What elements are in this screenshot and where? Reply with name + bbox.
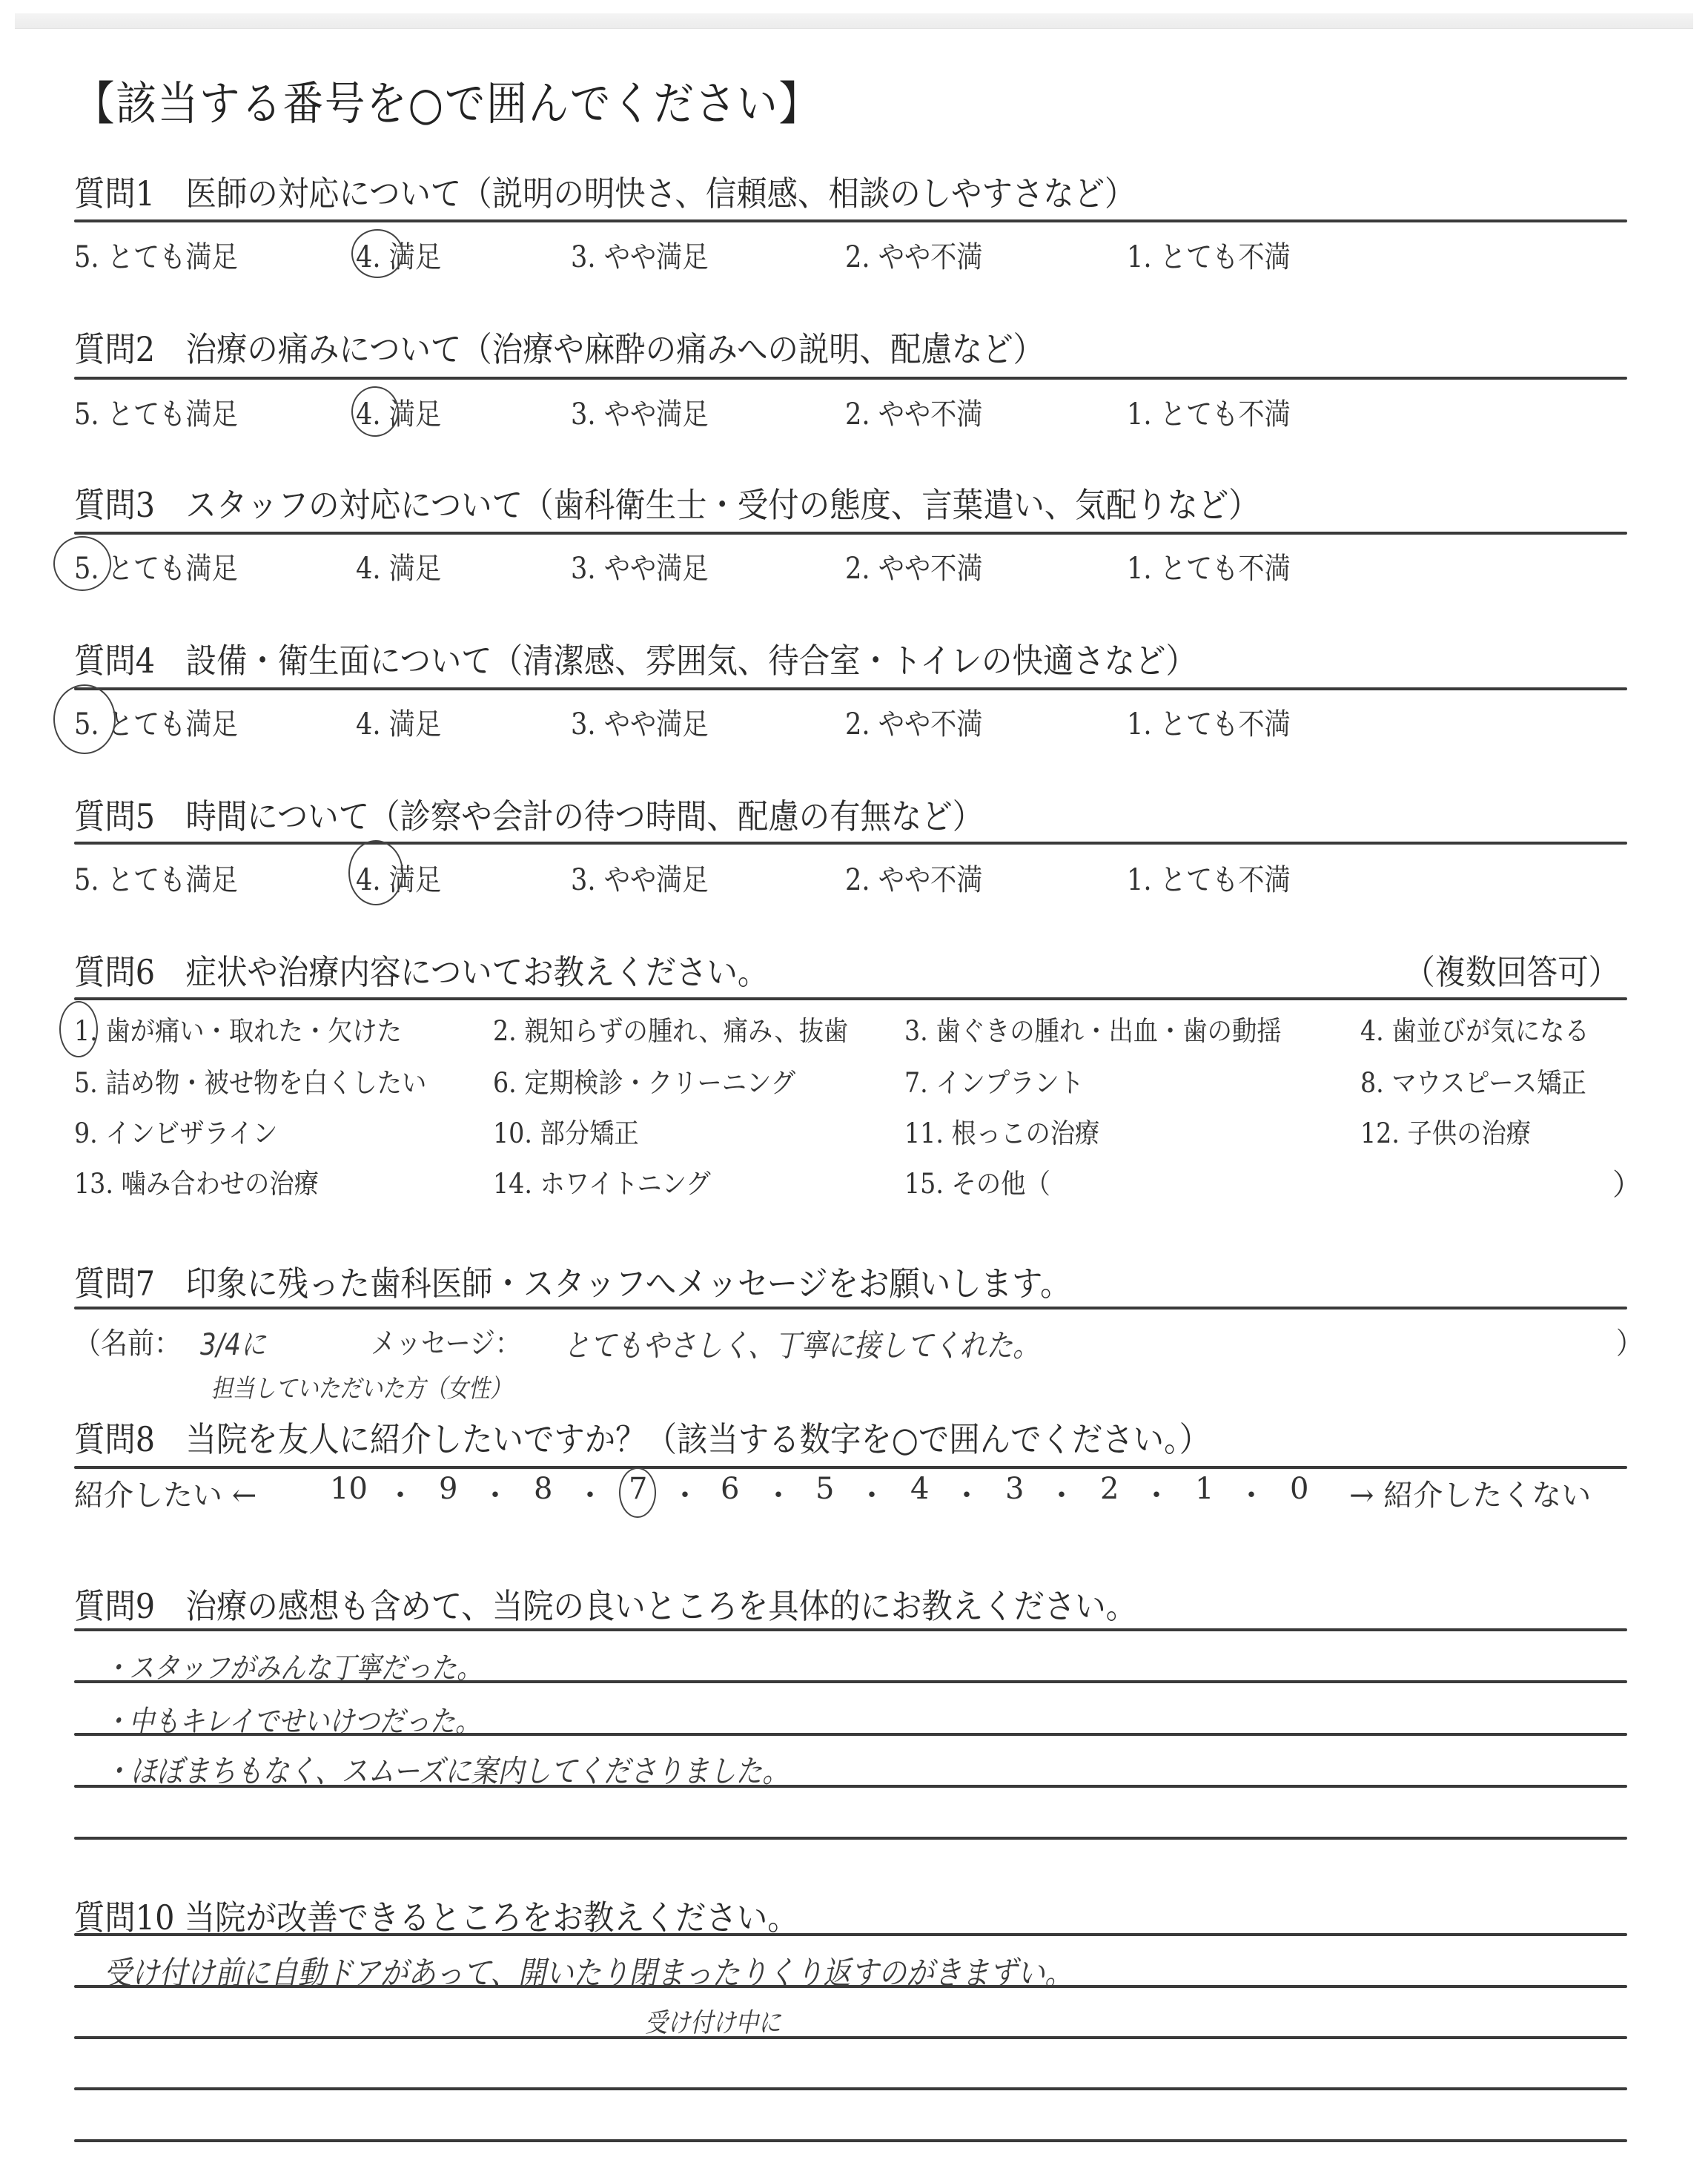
answer-rule [74,1837,1627,1840]
symptom-option-15-other[interactable]: 15. その他（ [904,1161,1050,1201]
symptom-option-3[interactable]: 3. 歯ぐきの腫れ・出血・歯の動揺 [904,1008,1282,1048]
other-close-paren: ） [1612,1161,1642,1203]
question-5-options: 5. とても満足 4. 満足 3. やや満足 2. やや不満 1. とても不満 [74,856,1557,901]
symptom-option-12[interactable]: 12. 子供の治療 [1360,1111,1531,1151]
name-handwritten[interactable]: 3/4に [200,1321,266,1364]
symptom-option-13[interactable]: 13. 噛み合わせの治療 [74,1161,319,1201]
scale-2[interactable]: 2 [1100,1472,1119,1506]
scale-5[interactable]: 5 [815,1472,834,1506]
option-5[interactable]: 5. とても満足 [74,234,238,276]
option-3[interactable]: 3. やや満足 [571,234,709,276]
improvement-insert-note[interactable]: 受け付け中に [645,2002,781,2040]
scale-6[interactable]: 6 [721,1472,739,1506]
question-6-options: 1. 歯が痛い・取れた・欠けた 2. 親知らずの腫れ、痛み、抜歯 3. 歯ぐきの… [74,1008,1638,1231]
message-close-paren: ） [1616,1320,1643,1362]
scale-1[interactable]: 1 [1195,1472,1214,1506]
question-4-options: 5. とても満足 4. 満足 3. やや満足 2. やや不満 1. とても不満 [74,701,1557,745]
question-3-title: 質問3 スタッフの対応について（歯科衛生士・受付の態度、言葉遣い、気配りなど） [74,478,1260,527]
symptom-option-11[interactable]: 11. 根っこの治療 [904,1111,1099,1151]
symptom-option-5[interactable]: 5. 詰め物・被せ物を白くしたい [74,1060,426,1100]
question-1-options: 5. とても満足 4. 満足 3. やや満足 2. やや不満 1. とても不満 [74,234,1557,278]
scale-right-label: → 紹介したくない [1349,1472,1591,1514]
option-1[interactable]: 1. とても不満 [1127,856,1291,899]
question-9-title: 質問9 治療の感想も含めて、当院の良いところを具体的にお教えください。 [74,1579,1136,1628]
option-5[interactable]: 5. とても満足 [74,701,238,743]
scale-9[interactable]: 9 [439,1472,457,1506]
question-6-title: 質問6 症状や治療内容についてお教えください。 [74,945,768,994]
symptom-option-4[interactable]: 4. 歯並びが気になる [1360,1008,1589,1048]
question-2-options: 5. とても満足 4. 満足 3. やや満足 2. やや不満 1. とても不満 [74,391,1557,435]
scan-top-edge [15,13,1693,29]
answer-rule [74,1785,1627,1788]
question-2-title: 質問2 治療の痛みについて（治療や麻酔の痛みへの説明、配慮など） [74,323,1044,371]
option-3[interactable]: 3. やや満足 [571,856,709,899]
symptom-option-2[interactable]: 2. 親知らずの腫れ、痛み、抜歯 [493,1008,848,1048]
question-7-title: 質問7 印象に残った歯科医師・スタッフへメッセージをお願いします。 [74,1257,1071,1306]
symptom-option-7[interactable]: 7. インプラント [904,1060,1084,1100]
question-3-options: 5. とても満足 4. 満足 3. やや満足 2. やや不満 1. とても不満 [74,545,1557,589]
divider [74,687,1627,690]
symptom-option-9[interactable]: 9. インビザライン [74,1111,277,1151]
option-3[interactable]: 3. やや満足 [571,545,709,587]
message-prefix: メッセージ： [371,1320,520,1362]
question-6-note: （複数回答可） [1404,945,1619,994]
option-4[interactable]: 4. 満足 [356,234,441,276]
option-5[interactable]: 5. とても満足 [74,545,238,587]
answer-rule [74,2087,1627,2090]
option-1[interactable]: 1. とても不満 [1127,234,1291,276]
option-3[interactable]: 3. やや満足 [571,701,709,743]
scale-8[interactable]: 8 [534,1472,552,1506]
name-handwritten-line2[interactable]: 担当していただいた方（女性） [211,1368,512,1404]
option-4[interactable]: 4. 満足 [356,391,441,433]
divider [74,1307,1627,1309]
message-handwritten[interactable]: とてもやさしく、丁寧に接してくれた。 [563,1321,1039,1366]
symptom-option-1[interactable]: 1. 歯が痛い・取れた・欠けた [74,1008,402,1048]
option-1[interactable]: 1. とても不満 [1127,545,1291,587]
divider [74,377,1627,380]
divider [74,532,1627,535]
answer-rule [74,1733,1627,1736]
option-4[interactable]: 4. 満足 [356,545,441,587]
option-2[interactable]: 2. やや不満 [845,545,983,587]
answer-rule [74,1985,1627,1988]
divider [74,842,1627,845]
scale-10[interactable]: 10 [330,1472,368,1506]
scale-0[interactable]: 0 [1290,1472,1308,1506]
scale-3[interactable]: 3 [1005,1472,1024,1506]
option-2[interactable]: 2. やや不満 [845,391,983,433]
page-title: 【該当する番号を○で囲んでください】 [74,67,821,133]
question-1-title: 質問1 医師の対応について（説明の明快さ、信頼感、相談のしやすさなど） [74,167,1135,216]
option-5[interactable]: 5. とても満足 [74,391,238,433]
divider [74,997,1627,1000]
answer-rule [74,2139,1627,2142]
recommend-scale: 紹介したい ← 10 ・ 9 ・ 8 ・ 7 ・ 6 ・ 5 ・ 4 ・ 3 ・… [74,1472,1638,1516]
option-1[interactable]: 1. とても不満 [1127,701,1291,743]
answer-rule [74,1680,1627,1683]
option-4[interactable]: 4. 満足 [356,701,441,743]
symptom-option-8[interactable]: 8. マウスピース矯正 [1360,1060,1586,1100]
option-4[interactable]: 4. 満足 [356,856,441,899]
divider [74,1628,1627,1631]
option-2[interactable]: 2. やや不満 [845,701,983,743]
symptom-option-14[interactable]: 14. ホワイトニング [493,1161,711,1201]
symptom-option-6[interactable]: 6. 定期検診・クリーニング [493,1060,795,1100]
divider [74,1933,1627,1936]
option-5[interactable]: 5. とても満足 [74,856,238,899]
name-prefix: （名前： [74,1320,181,1362]
scale-7[interactable]: 7 [629,1472,647,1506]
symptom-option-10[interactable]: 10. 部分矯正 [493,1111,639,1151]
option-2[interactable]: 2. やや不満 [845,856,983,899]
option-3[interactable]: 3. やや満足 [571,391,709,433]
question-4-title: 質問4 設備・衛生面について（清潔感、雰囲気、待合室・トイレの快適さなど） [74,634,1196,683]
scale-left-label: 紹介したい ← [74,1472,256,1514]
answer-rule [74,2036,1627,2039]
scale-4[interactable]: 4 [910,1472,929,1506]
option-1[interactable]: 1. とても不満 [1127,391,1291,433]
divider [74,1466,1627,1469]
option-2[interactable]: 2. やや不満 [845,234,983,276]
divider [74,219,1627,222]
question-8-title: 質問8 当院を友人に紹介したいですか？（該当する数字を○で囲んでください。） [74,1413,1210,1462]
question-5-title: 質問5 時間について（診察や会計の待つ時間、配慮の有無など） [74,790,983,839]
